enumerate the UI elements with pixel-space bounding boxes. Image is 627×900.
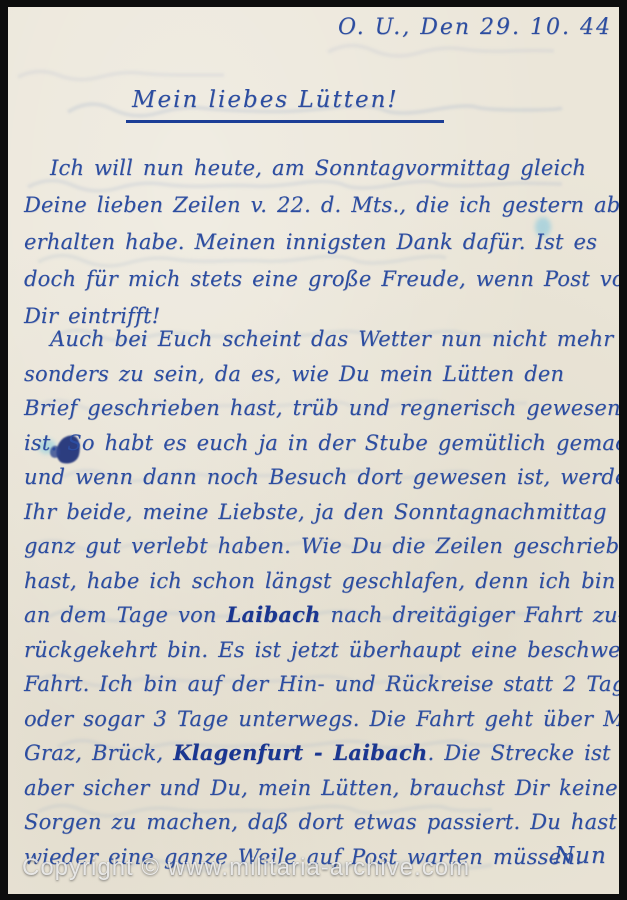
handwritten-line: sonders zu sein, da es, wie Du mein Lütt…	[24, 357, 619, 392]
handwritten-line: Deine lieben Zeilen v. 22. d. Mts., die …	[24, 187, 619, 224]
scanned-letter-frame: O. U., Den 29. 10. 44 Mein liebes Lütten…	[0, 0, 627, 900]
handwritten-line: Graz, Brück, Klagenfurt - Laibach. Die S…	[24, 736, 619, 771]
handwritten-line: ganz gut verlebt haben. Wie Du die Zeile…	[24, 529, 619, 564]
handwritten-line: rückgekehrt bin. Es ist jetzt überhaupt …	[24, 633, 619, 668]
copyright-watermark: Copyright © www.militaria-archive.com	[22, 854, 470, 882]
handwritten-line: Ihr beide, meine Liebste, ja den Sonntag…	[24, 495, 619, 530]
handwritten-line: erhalten habe. Meinen innigsten Dank daf…	[24, 224, 619, 261]
handwritten-line: und wenn dann noch Besuch dort gewesen i…	[24, 460, 619, 495]
handwritten-line: Ich will nun heute, am Sonntagvormittag …	[24, 150, 619, 187]
handwritten-line: oder sogar 3 Tage unterwegs. Die Fahrt g…	[24, 702, 619, 737]
handwritten-line: an dem Tage von Laibach nach dreitägiger…	[24, 598, 619, 633]
salutation-underline: Mein liebes Lütten!	[126, 87, 444, 123]
handwritten-line: ist. So habt es euch ja in der Stube gem…	[24, 426, 619, 461]
catchword-signature: Nun	[554, 843, 607, 869]
handwritten-line: Fahrt. Ich bin auf der Hin- und Rückreis…	[24, 667, 619, 702]
handwritten-line: doch für mich stets eine große Freude, w…	[24, 261, 619, 298]
letter-page: O. U., Den 29. 10. 44 Mein liebes Lütten…	[8, 7, 619, 894]
date-line: O. U., Den 29. 10. 44	[338, 15, 612, 40]
salutation: Mein liebes Lütten!	[126, 87, 399, 113]
handwritten-line: Brief geschrieben hast, trüb und regneri…	[24, 391, 619, 426]
handwritten-line: aber sicher und Du, mein Lütten, brauchs…	[24, 771, 619, 806]
handwritten-line: Auch bei Euch scheint das Wetter nun nic…	[24, 322, 619, 357]
paragraph-2: Auch bei Euch scheint das Wetter nun nic…	[24, 322, 619, 874]
handwritten-line: hast, habe ich schon längst geschlafen, …	[24, 564, 619, 599]
handwritten-line: Sorgen zu machen, daß dort etwas passier…	[24, 805, 619, 840]
paragraph-1: Ich will nun heute, am Sonntagvormittag …	[24, 150, 619, 335]
